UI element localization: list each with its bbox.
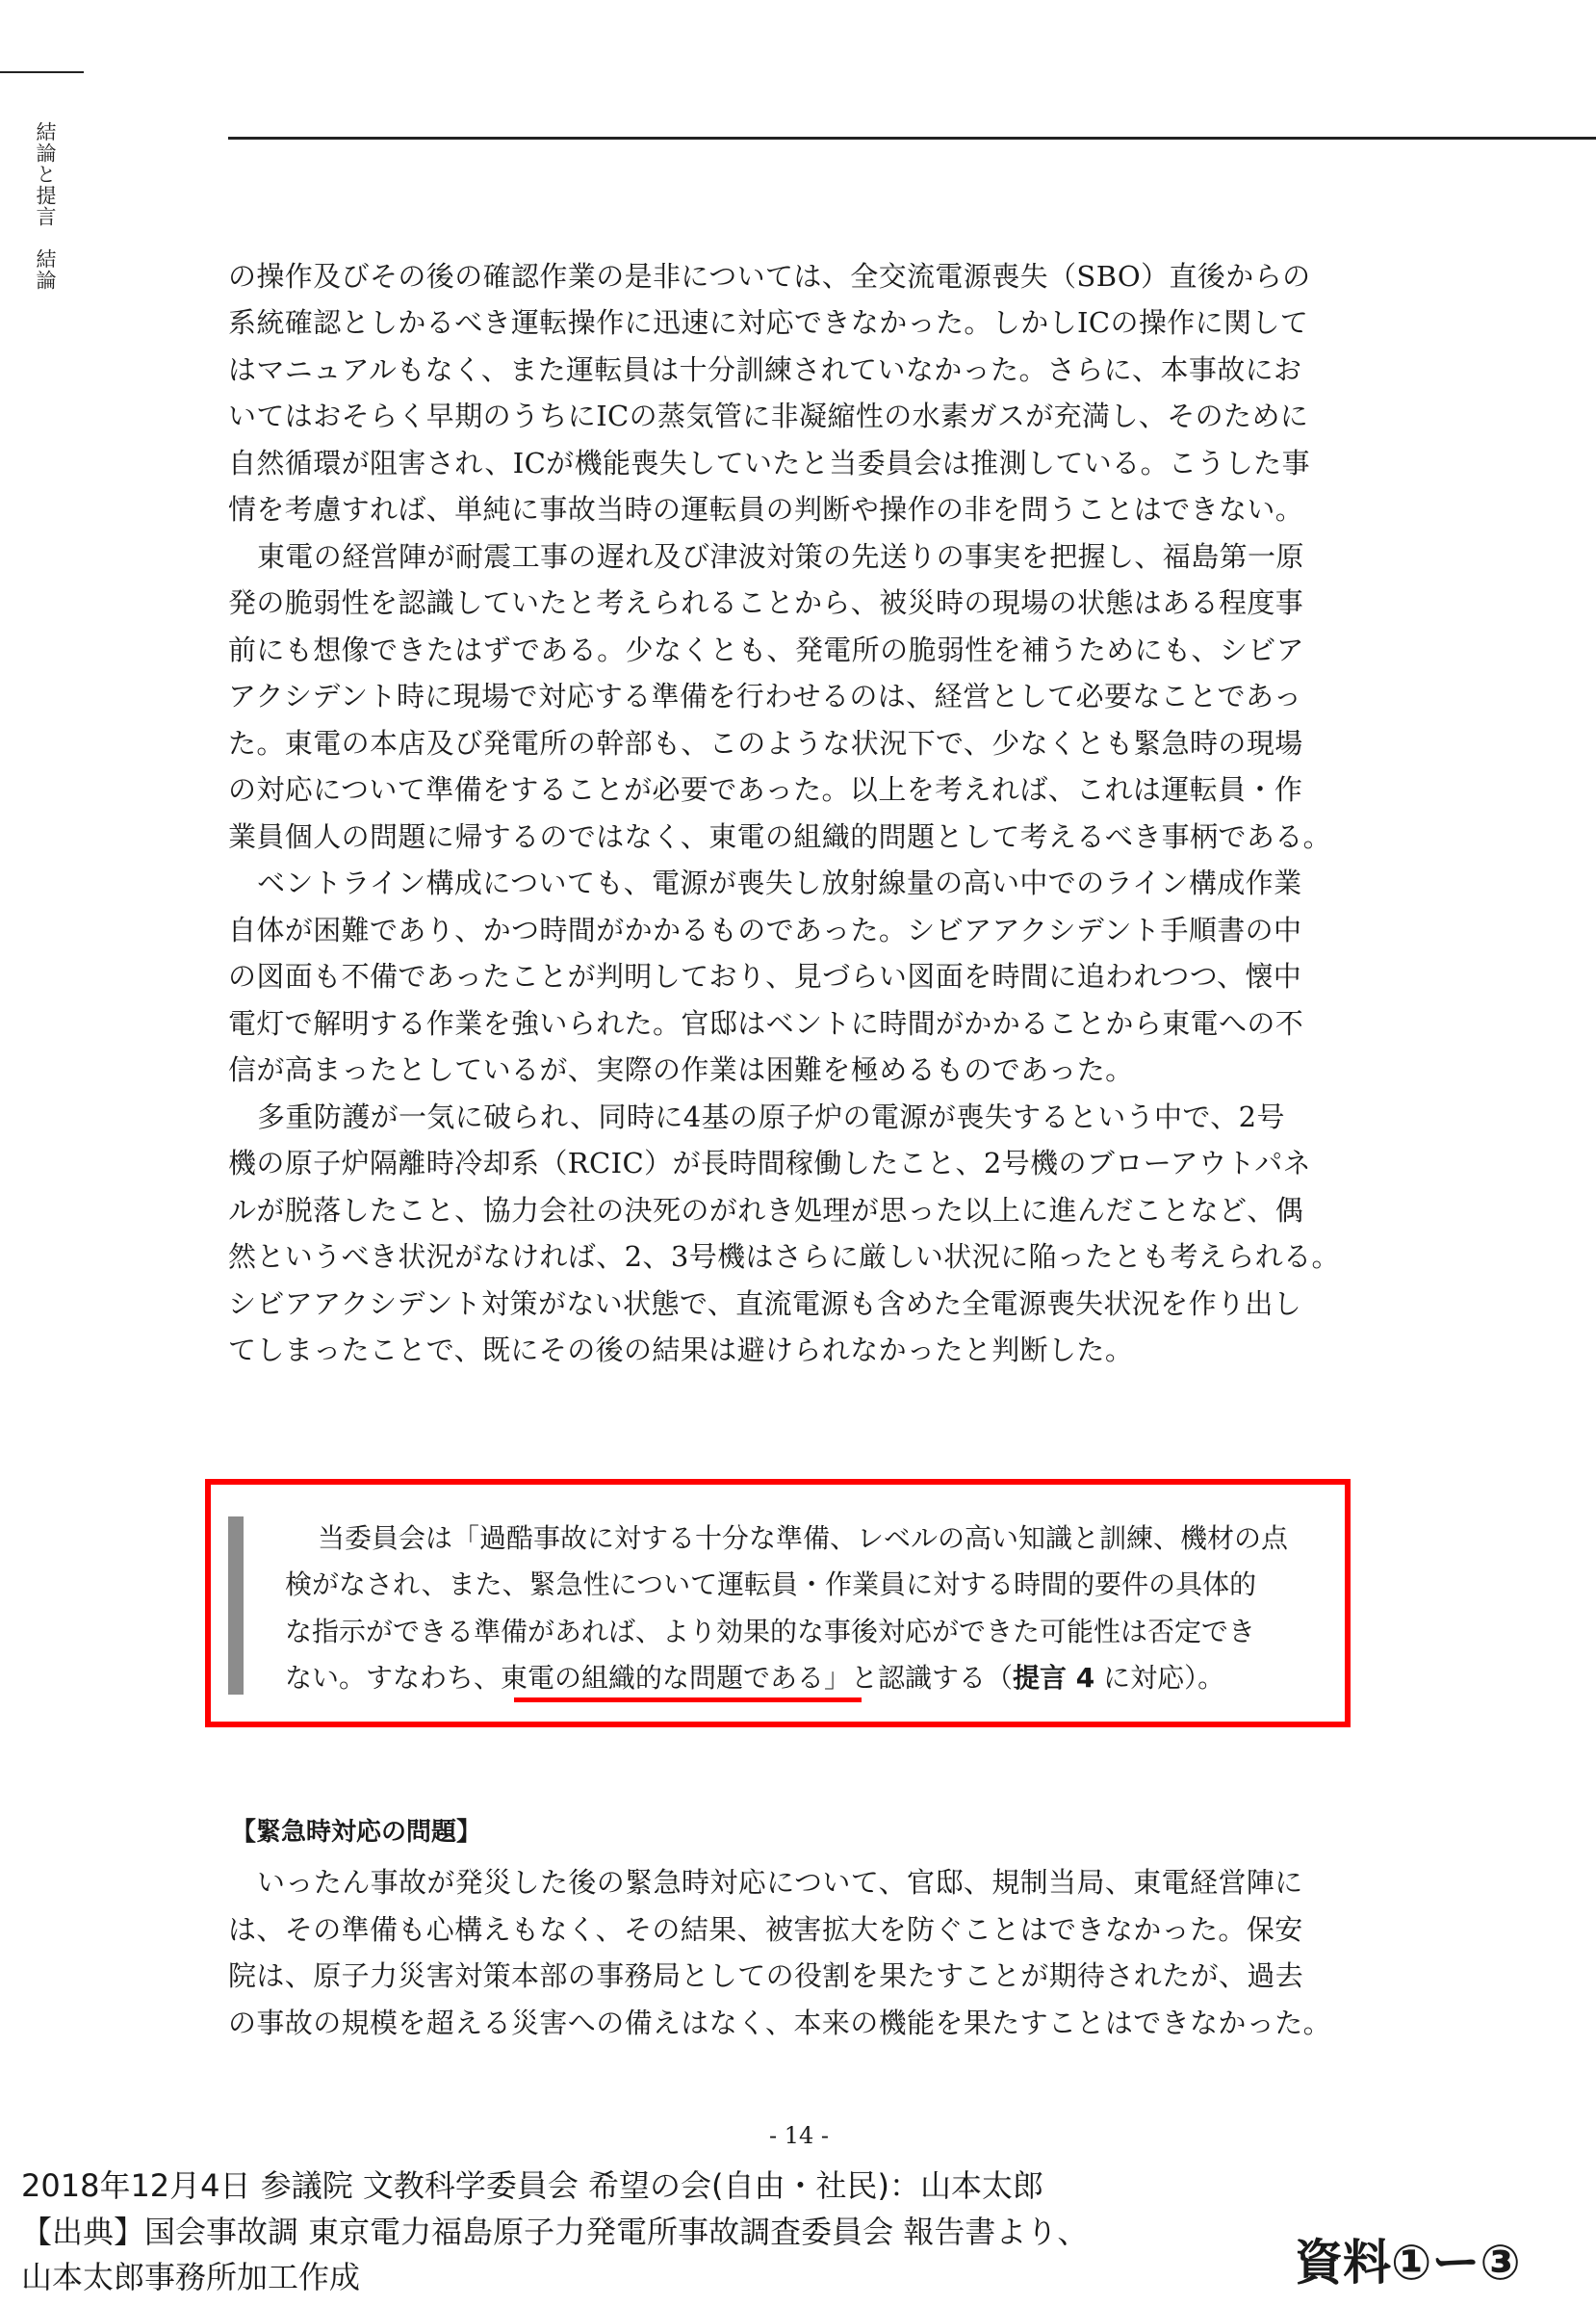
section-line: いったん事故が発災した後の緊急時対応について、官邸、規制当局、東電経営陣に: [228, 1863, 1322, 1902]
body-line: 発の脆弱性を認識していたと考えられることから、被災時の現場の状態はある程度事: [228, 583, 1322, 622]
body-line: 東電の経営陣が耐震工事の遅れ及び津波対策の先送りの事実を把握し、福島第一原: [228, 537, 1322, 576]
footer-line: 【出典】国会事故調 東京電力福島原子力発電所事故調査委員会 報告書より、: [21, 2211, 1088, 2253]
body-line: はマニュアルもなく、また運転員は十分訓練されていなかった。さらに、本事故にお: [228, 350, 1322, 389]
body-line: の操作及びその後の確認作業の是非については、全交流電源喪失（SBO）直後からの: [228, 257, 1322, 296]
body-line: シビアアクシデント対策がない状態で、直流電源も含めた全電源喪失状況を作り出し: [228, 1284, 1322, 1323]
header-rule-short: [0, 71, 84, 73]
body-line: いてはおそらく早期のうちにICの蒸気管に非凝縮性の水素ガスが充満し、そのために: [228, 397, 1322, 435]
body-line: ルが脱落したこと、協力会社の決死のがれき処理が思った以上に進んだことなど、偶: [228, 1191, 1322, 1230]
section-line: は、その準備も心構えもなく、その結果、被害拡大を防ぐことはできなかった。保安: [228, 1910, 1322, 1949]
emphasized-phrase: 東電の組織的な問題である: [501, 1662, 824, 1694]
body-line: 電灯で解明する作業を強いられた。官邸はベントに時間がかかることから東電への不: [228, 1004, 1322, 1043]
box-line: 当委員会は「過酷事故に対する十分な準備、レベルの高い知識と訓練、機材の点: [318, 1519, 1355, 1558]
chapter-side-label: 結論と提言 結論: [27, 121, 56, 291]
body-line: 情を考慮すれば、単純に事故当時の運転員の判断や操作の非を問うことはできない。: [228, 490, 1322, 529]
body-line: 然というべき状況がなければ、2、3号機はさらに厳しい状況に陥ったとも考えられる。: [228, 1237, 1322, 1276]
body-line: 多重防護が一気に破られ、同時に4基の原子炉の電源が喪失するという中で、2号: [228, 1098, 1322, 1136]
section-line: 院は、原子力災害対策本部の事務局としての役割を果たすことが期待されたが、過去: [228, 1956, 1322, 1995]
body-line: 前にも想像できたはずである。少なくとも、発電所の脆弱性を補うためにも、シビア: [228, 631, 1322, 669]
footer-line: 2018年12月4日 参議院 文教科学委員会 希望の会(自由・社民)：山本太郎: [21, 2164, 1043, 2207]
recommendation-ref: 提言 4: [1013, 1662, 1094, 1694]
body-line: アクシデント時に現場で対応する準備を行わせるのは、経営として必要なことであっ: [228, 677, 1322, 715]
body-line: た。東電の本店及び発電所の幹部も、このような状況下で、少なくとも緊急時の現場: [228, 724, 1322, 763]
body-line: 信が高まったとしているが、実際の作業は困難を極めるものであった。: [228, 1050, 1322, 1089]
body-line: の対応について準備をすることが必要であった。以上を考えれば、これは運転員・作: [228, 770, 1322, 809]
body-line: 業員個人の問題に帰するのではなく、東電の組織的問題として考えるべき事柄である。: [228, 817, 1322, 856]
box-text: 」と認識する（: [824, 1662, 1013, 1694]
body-line: てしまったことで、既にその後の結果は避けられなかったと判断した。: [228, 1331, 1322, 1369]
footer-line: 山本太郎事務所加工作成: [21, 2256, 360, 2298]
box-text: ない。すなわち、: [285, 1662, 501, 1694]
body-line: の図面も不備であったことが判明しており、見づらい図面を時間に追われつつ、懐中: [228, 957, 1322, 996]
box-line: 検がなされ、また、緊急性について運転員・作業員に対する時間的要件の具体的: [285, 1566, 1323, 1604]
body-line: 機の原子炉隔離時冷却系（RCIC）が長時間稼働したこと、2号機のブローアウトパネ: [228, 1144, 1322, 1182]
page-number: - 14 -: [732, 2122, 866, 2149]
body-line: ベントライン構成についても、電源が喪失し放射線量の高い中でのライン構成作業: [228, 864, 1322, 902]
section-line: の事故の規模を超える災害への備えはなく、本来の機能を果たすことはできなかった。: [228, 2004, 1322, 2042]
quote-bar: [228, 1516, 244, 1695]
body-line: 系統確認としかるべき運転操作に迅速に対応できなかった。しかしICの操作に関して: [228, 303, 1322, 342]
document-label: 資料①ー③: [1295, 2234, 1521, 2292]
box-line-last: ない。すなわち、東電の組織的な問題である」と認識する（提言 4 に対応）。: [285, 1659, 1323, 1697]
header-rule: [228, 137, 1596, 140]
body-line: 自然循環が阻害され、ICが機能喪失していたと当委員会は推測している。こうした事: [228, 444, 1322, 482]
red-underline: [514, 1697, 862, 1702]
box-line: な指示ができる準備があれば、より効果的な事後対応ができた可能性は否定でき: [285, 1613, 1323, 1651]
body-line: 自体が困難であり、かつ時間がかかるものであった。シビアアクシデント手順書の中: [228, 911, 1322, 949]
section-heading: 【緊急時対応の問題】: [231, 1817, 481, 1848]
box-text: に対応）。: [1094, 1662, 1224, 1694]
